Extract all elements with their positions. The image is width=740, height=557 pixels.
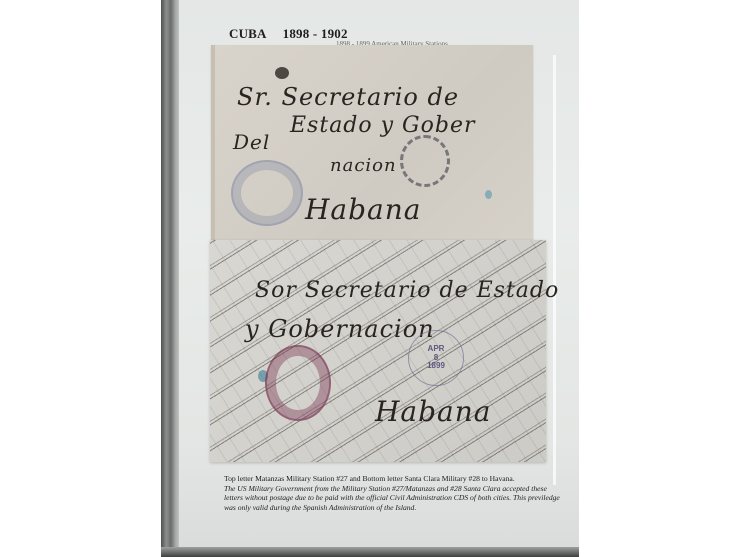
title-years: 1898 - 1902 bbox=[283, 26, 348, 41]
address-line: y Gobernacion bbox=[245, 315, 435, 343]
address-line: Habana bbox=[305, 193, 421, 226]
cover-top-matanzas: Sr. Secretario de Estado y Gober Del nac… bbox=[211, 45, 533, 245]
binder-strip bbox=[161, 0, 179, 557]
sleeve-edge bbox=[553, 55, 556, 485]
address-line: Habana bbox=[375, 395, 491, 428]
military-station-cachet bbox=[231, 160, 303, 226]
address-line: Del bbox=[233, 130, 270, 154]
address-line: nacion bbox=[330, 155, 397, 176]
address-line: Estado y Gober bbox=[290, 113, 476, 138]
exhibit-caption: Top letter Matanzas Military Station #27… bbox=[224, 474, 564, 512]
postmark-year: 1899 bbox=[427, 362, 445, 371]
ink-blot bbox=[485, 190, 492, 199]
cover-bottom-santa-clara: Sor Secretario de Estado y Gobernacion H… bbox=[210, 240, 546, 462]
title-country: CUBA bbox=[229, 26, 267, 41]
postmark-cds bbox=[400, 135, 450, 187]
military-station-cachet bbox=[265, 345, 331, 421]
postmark-cds-apr-1899: APR 8 1899 bbox=[408, 330, 464, 386]
caption-heading: Top letter Matanzas Military Station #27… bbox=[224, 474, 564, 484]
sleeve-bottom-edge bbox=[161, 547, 579, 557]
address-line: Sr. Secretario de bbox=[237, 83, 459, 111]
address-line: Sor Secretario de Estado bbox=[255, 278, 559, 303]
page-title: CUBA1898 - 1902 bbox=[229, 26, 348, 42]
caption-description: The US Military Government from the Mili… bbox=[224, 484, 560, 512]
ink-blot bbox=[275, 67, 289, 79]
